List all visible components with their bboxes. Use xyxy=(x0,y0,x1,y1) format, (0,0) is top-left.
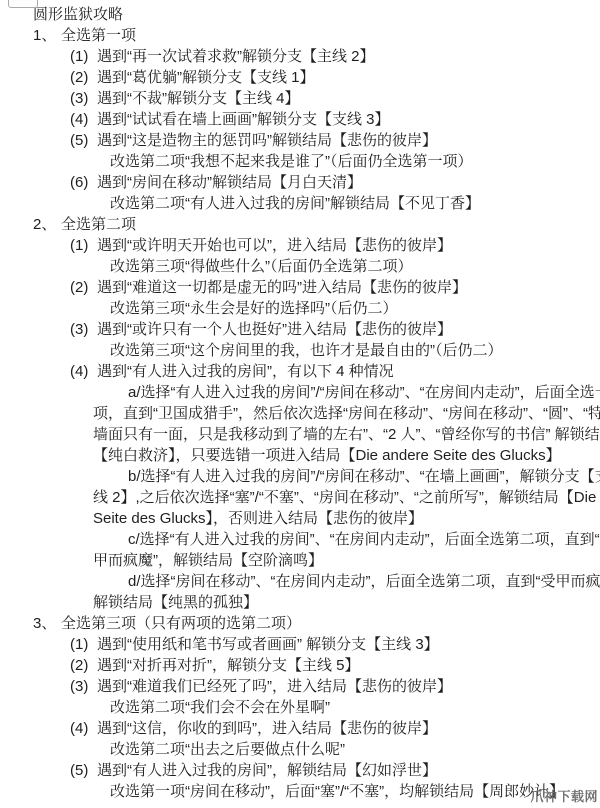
document: 圆形监狱攻略 1、全选第一项 (1)遇到“再一次试着求救”解锁分支【主线 2】 … xyxy=(0,0,600,802)
item-number: (2) xyxy=(70,655,97,676)
item-text: 遇到“或许只有一个人也挺好”进入结局【悲伤的彼岸】 xyxy=(97,321,452,338)
page-title: 圆形监狱攻略 xyxy=(0,4,600,25)
sub-note: 改选第二项“出去之后要做点什么呢” xyxy=(0,739,600,760)
list-item: (5)遇到“这是造物主的惩罚吗”解锁结局【悲伤的彼岸】 xyxy=(0,130,600,151)
sub-note: 改选第三项“永生会是好的选择吗”（后仍二） xyxy=(0,298,600,319)
item-number: (3) xyxy=(70,676,97,697)
item-text: 遇到“试试看在墙上画画”解锁分支【支线 3】 xyxy=(97,111,390,128)
item-text: 遇到“再一次试着求救”解锁分支【主线 2】 xyxy=(97,48,375,65)
corner-artifact xyxy=(8,0,38,8)
list-item: (4)遇到“有人进入过我的房间”，有以下 4 种情况 xyxy=(0,361,600,382)
item-text: 遇到“这信，你收的到吗”，进入结局【悲伤的彼岸】 xyxy=(97,720,437,737)
item-number: (1) xyxy=(70,46,97,67)
list-item: (3)遇到“难道我们已经死了吗”，进入结局【悲伤的彼岸】 xyxy=(0,676,600,697)
paragraph-line: 项，直到“卫国成猎手”，然后依次选择“房间在移动”、“房间在移动”、“圆”、“特… xyxy=(0,403,600,424)
section-number: 2、 xyxy=(33,214,61,235)
item-number: (2) xyxy=(70,277,97,298)
list-item: (2)遇到“对折再对折”，解锁分支【主线 5】 xyxy=(0,655,600,676)
paragraph-line: b/选择“有人进入过我的房间”/“房间在移动”、“在墙上画画”，解锁分支【支 xyxy=(0,466,600,487)
paragraph-line: Seite des Glucks】，否则进入结局【悲伤的彼岸】 xyxy=(0,508,600,529)
item-number: (5) xyxy=(70,130,97,151)
list-item: (1)遇到“或许明天开始也可以”，进入结局【悲伤的彼岸】 xyxy=(0,235,600,256)
item-text: 遇到“难道这一切都是虚无的吗”进入结局【悲伤的彼岸】 xyxy=(97,279,467,296)
page: 圆形监狱攻略 1、全选第一项 (1)遇到“再一次试着求救”解锁分支【主线 2】 … xyxy=(0,0,600,808)
paragraph-line: 【纯白救济】，只要选错一项进入结局【Die andere Seite des G… xyxy=(0,445,600,466)
section-title: 全选第三项（只有两项的选第二项） xyxy=(61,615,301,632)
item-text: 遇到“有人进入过我的房间”，解锁结局【幻如浮世】 xyxy=(97,762,437,779)
item-text: 遇到“房间在移动”解锁结局【月白天清】 xyxy=(97,174,362,191)
paragraph-line: d/选择“房间在移动”、“在房间内走动”，后面全选第二项，直到“受甲而疯魔”， xyxy=(0,571,600,592)
section-number: 3、 xyxy=(33,613,61,634)
list-item: (4)遇到“试试看在墙上画画”解锁分支【支线 3】 xyxy=(0,109,600,130)
list-item: (6)遇到“房间在移动”解锁结局【月白天清】 xyxy=(0,172,600,193)
item-number: (6) xyxy=(70,172,97,193)
item-number: (3) xyxy=(70,319,97,340)
sub-note: 改选第三项“这个房间里的我，也许才是最自由的”（后仍二） xyxy=(0,340,600,361)
sub-note: 改选第二项“我想不起来我是谁了”（后面仍全选第一项） xyxy=(0,151,600,172)
item-text: 遇到“对折再对折”，解锁分支【主线 5】 xyxy=(97,657,360,674)
item-text: 遇到“难道我们已经死了吗”，进入结局【悲伤的彼岸】 xyxy=(97,678,452,695)
section-heading: 2、全选第二项 xyxy=(0,214,600,235)
paragraph-line: a/选择“有人进入过我的房间”/“房间在移动”、“在房间内走动”，后面全选一 xyxy=(0,382,600,403)
paragraph-line: 甲而疯魔”，解锁结局【空阶滴鸣】 xyxy=(0,550,600,571)
item-text: 遇到“有人进入过我的房间”，有以下 4 种情况 xyxy=(97,363,394,380)
list-item: (1)遇到“再一次试着求救”解锁分支【主线 2】 xyxy=(0,46,600,67)
list-item: (3)遇到“不裁”解锁分支【主线 4】 xyxy=(0,88,600,109)
sub-note: 改选第二项“我们会不会在外星啊” xyxy=(0,697,600,718)
sub-note: 改选第三项“得做些什么”（后面仍全选第二项） xyxy=(0,256,600,277)
list-item: (1)遇到“使用纸和笔书写或者画画” 解锁分支【主线 3】 xyxy=(0,634,600,655)
paragraph-line: 线 2】,之后依次选择“塞”/“不塞”、“房间在移动”、“之前所写”，解锁结局【… xyxy=(0,487,600,508)
item-text: 遇到“或许明天开始也可以”，进入结局【悲伤的彼岸】 xyxy=(97,237,452,254)
paragraph-line: 墙面只有一面，只是我移动到了墙的左右”、“2 人”、“曾经你写的书信” 解锁结局 xyxy=(0,424,600,445)
section-number: 1、 xyxy=(33,25,61,46)
list-item: (3)遇到“或许只有一个人也挺好”进入结局【悲伤的彼岸】 xyxy=(0,319,600,340)
list-item: (2)遇到“难道这一切都是虚无的吗”进入结局【悲伤的彼岸】 xyxy=(0,277,600,298)
item-text: 遇到“使用纸和笔书写或者画画” 解锁分支【主线 3】 xyxy=(97,636,439,653)
item-number: (5) xyxy=(70,760,97,781)
item-number: (4) xyxy=(70,109,97,130)
item-text: 遇到“不裁”解锁分支【主线 4】 xyxy=(97,90,300,107)
item-number: (1) xyxy=(70,634,97,655)
section-title: 全选第一项 xyxy=(61,27,136,44)
item-number: (4) xyxy=(70,361,97,382)
sub-note: 改选第一项“房间在移动”，后面“塞”/“不塞”，均解锁结局【周郎妙计】 xyxy=(0,781,600,802)
section-heading: 3、全选第三项（只有两项的选第二项） xyxy=(0,613,600,634)
item-number: (4) xyxy=(70,718,97,739)
paragraph-line: c/选择“有人进入过我的房间”、“在房间内走动”，后面全选第二项，直到“受 xyxy=(0,529,600,550)
item-number: (1) xyxy=(70,235,97,256)
sub-note: 改选第二项“有人进入过我的房间”解锁结局【不见丁香】 xyxy=(0,193,600,214)
section-heading: 1、全选第一项 xyxy=(0,25,600,46)
item-text: 遇到“葛优躺”解锁分支【支线 1】 xyxy=(97,69,315,86)
list-item: (4)遇到“这信，你收的到吗”，进入结局【悲伤的彼岸】 xyxy=(0,718,600,739)
list-item: (5)遇到“有人进入过我的房间”，解锁结局【幻如浮世】 xyxy=(0,760,600,781)
list-item: (2)遇到“葛优躺”解锁分支【支线 1】 xyxy=(0,67,600,88)
section-title: 全选第二项 xyxy=(61,216,136,233)
item-text: 遇到“这是造物主的惩罚吗”解锁结局【悲伤的彼岸】 xyxy=(97,132,437,149)
paragraph-line: 解锁结局【纯黑的孤独】 xyxy=(0,592,600,613)
watermark: 爪神下载网 xyxy=(530,786,598,807)
item-number: (3) xyxy=(70,88,97,109)
item-number: (2) xyxy=(70,67,97,88)
